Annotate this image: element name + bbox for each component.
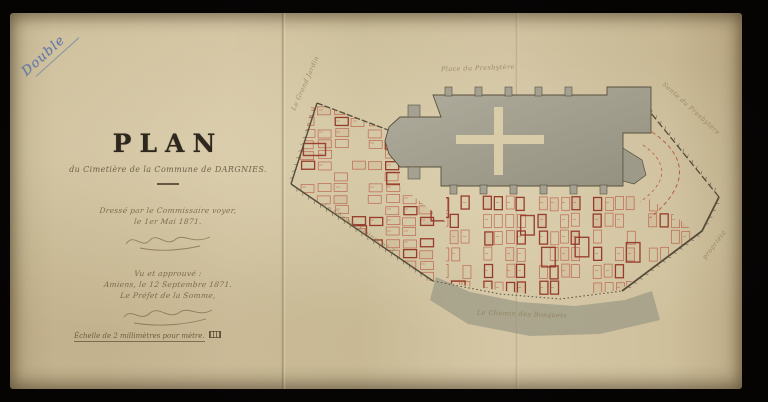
- signature-flourish: [120, 230, 216, 252]
- title-rule: [157, 183, 179, 185]
- scale-note-text: Échelle de 2 millimètres pour mètre.: [74, 332, 205, 342]
- signature-flourish: [120, 304, 216, 326]
- paper-sheet: Double PLAN du Cimetière de la Commune d…: [10, 13, 742, 389]
- title-block: PLAN du Cimetière de la Commune de DARGN…: [34, 129, 302, 185]
- manuscript-approval-block: Dressé par le Commissaire voyer,le 1er M…: [32, 205, 304, 326]
- page-subtitle: du Cimetière de la Commune de DARGNIES.: [34, 165, 302, 174]
- scan-background: Double PLAN du Cimetière de la Commune d…: [0, 0, 768, 402]
- manuscript-line: Vu et approuvé :: [31, 268, 304, 279]
- scale-note: Échelle de 2 millimètres pour mètre.: [74, 331, 294, 340]
- manuscript-line: le 1er Mai 1871.: [31, 216, 304, 227]
- manuscript-line: Le Préfet de la Somme,: [31, 290, 304, 301]
- page-title: PLAN: [34, 129, 302, 158]
- archival-note-blue: Double: [19, 11, 95, 82]
- scale-bar-icon: [209, 331, 221, 338]
- manuscript-line: Dressé par le Commissaire voyer,: [31, 205, 304, 216]
- manuscript-line: Amiens, le 12 Septembre 1871.: [31, 279, 304, 290]
- paper-fold-line: [515, 13, 519, 389]
